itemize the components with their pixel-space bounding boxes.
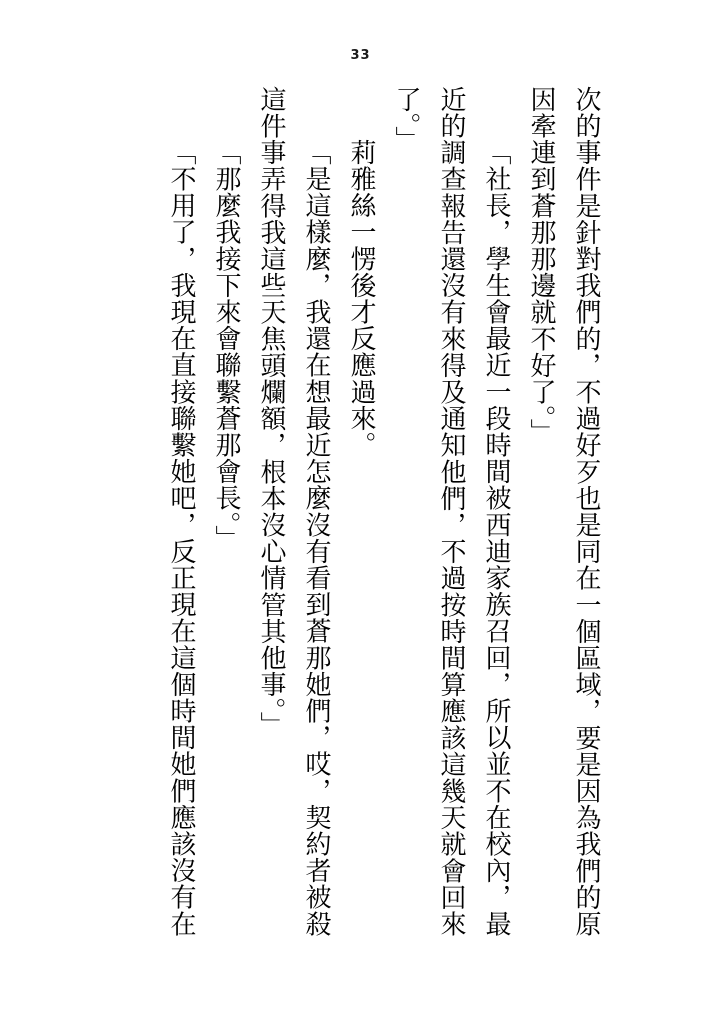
text-body: 次的事件是針對我們的，不過好歹也是同在一個區域，要是因為我們的原因牽連到蒼那那邊… (159, 86, 609, 938)
paragraph: 「社長，學生會最近一段時間被西迪家族召回，所以並不在校內，最近的調查報告還沒有來… (384, 86, 519, 938)
paragraph: 「是這樣麼，我還在想最近怎麼沒有看到蒼那她們，哎，契約者被殺這件事弄得我這些天焦… (249, 86, 339, 938)
page-number: 33 (0, 48, 721, 63)
paragraph: 莉雅絲一愣後才反應過來。 (339, 86, 384, 938)
paragraph: 次的事件是針對我們的，不過好歹也是同在一個區域，要是因為我們的原因牽連到蒼那那邊… (519, 86, 609, 938)
paragraph: 「那麼我接下來會聯繫蒼那會長。」 (204, 86, 249, 938)
novel-page: 33 次的事件是針對我們的，不過好歹也是同在一個區域，要是因為我們的原因牽連到蒼… (0, 0, 721, 1020)
paragraph: 「不用了，我現在直接聯繫她吧，反正現在這個時間她們應該沒有在 (159, 86, 204, 938)
